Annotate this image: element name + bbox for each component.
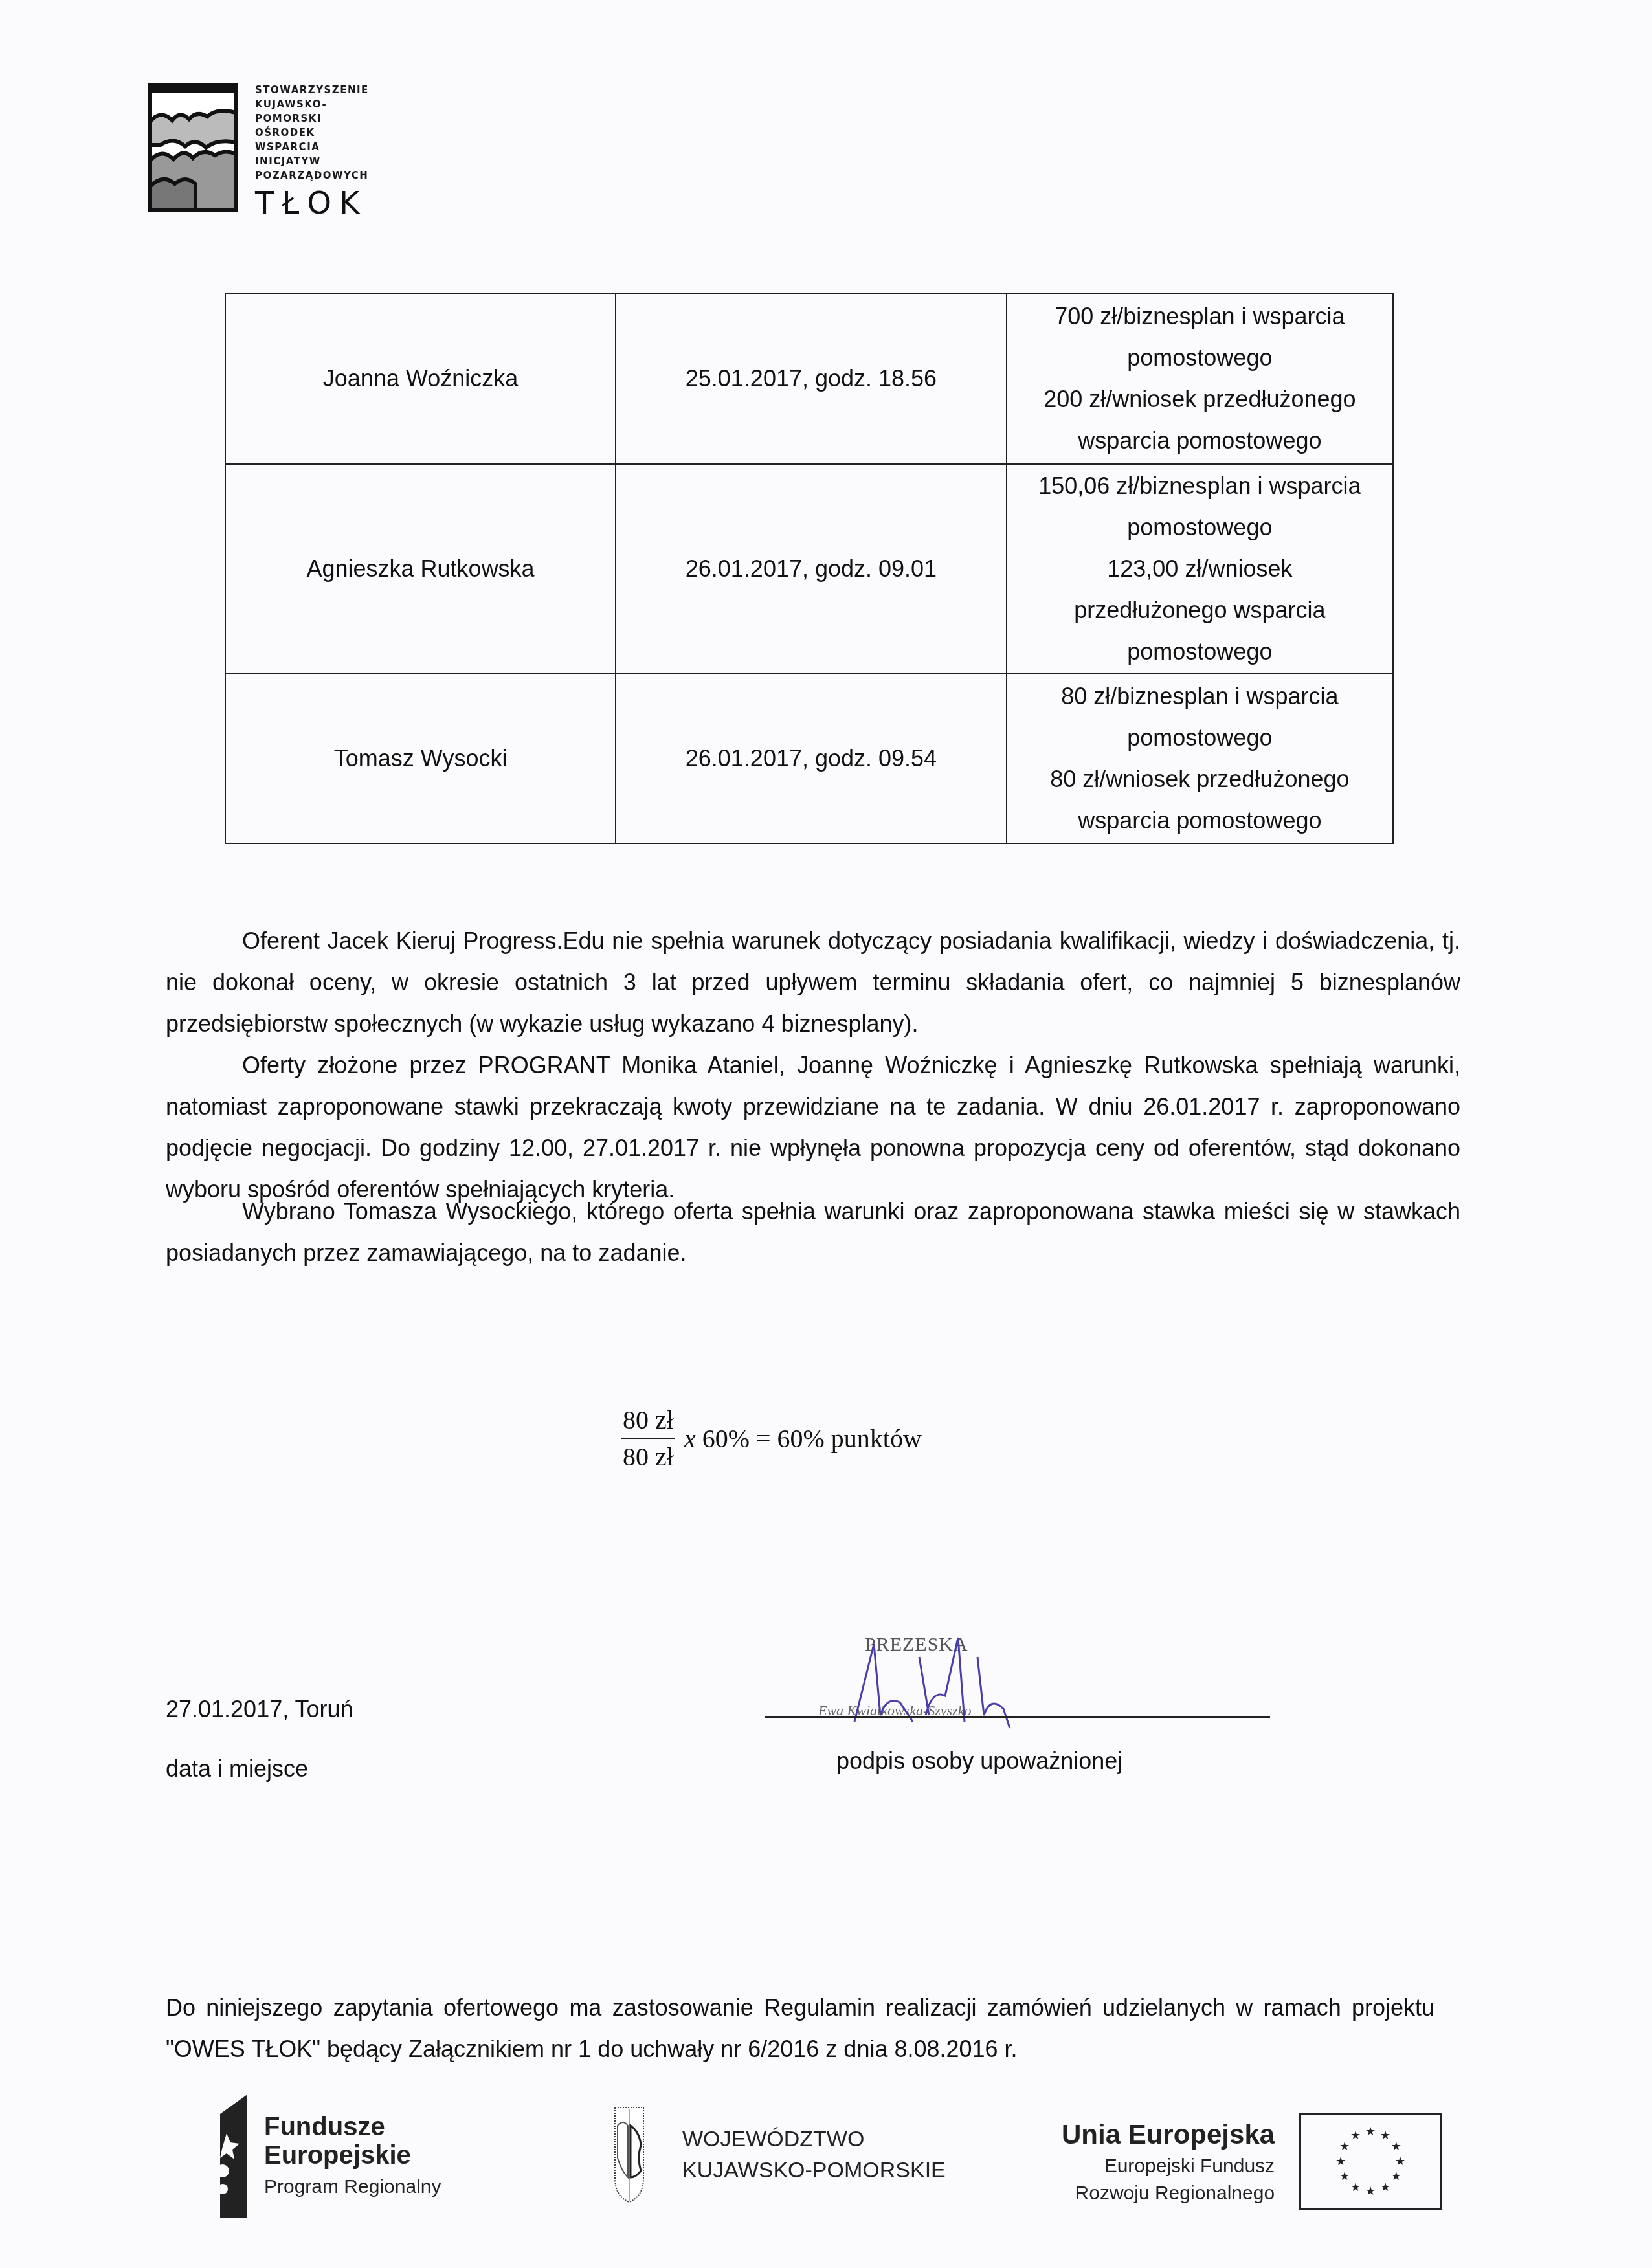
table-row: Tomasz Wysocki 26.01.2017, godz. 09.54 8…	[225, 674, 1393, 843]
regulation-note: Do niniejszego zapytania ofertowego ma z…	[166, 1987, 1434, 2070]
svg-text:★: ★	[1335, 2155, 1346, 2168]
eu-flag-icon: ★★★★★★★★★★★★	[1299, 2113, 1442, 2210]
svg-text:★: ★	[1350, 2181, 1361, 2194]
tlok-logo: STOWARZYSZENIE KUJAWSKO- POMORSKI OŚRODE…	[148, 83, 369, 221]
logo-wordmark: TŁOK	[255, 185, 369, 221]
offeror-name: Tomasz Wysocki	[225, 674, 616, 843]
table-row: Agnieszka Rutkowska 26.01.2017, godz. 09…	[225, 464, 1393, 674]
svg-text:★: ★	[1391, 2140, 1401, 2153]
fraction-numerator: 80 zł	[621, 1405, 675, 1439]
handwritten-signature-icon	[816, 1618, 1088, 1741]
offers-table: Joanna Woźniczka 25.01.2017, godz. 18.56…	[225, 293, 1394, 844]
fe-star-icon	[220, 2095, 247, 2218]
svg-text:★: ★	[1380, 2181, 1390, 2194]
fundusze-europejskie-logo: Fundusze Europejskie Program Regionalny	[220, 2095, 441, 2218]
signature-line	[765, 1716, 1270, 1718]
date-place-label: data i miejsce	[166, 1755, 308, 1783]
svg-text:★: ★	[1365, 2185, 1376, 2198]
submission-date: 26.01.2017, godz. 09.01	[616, 464, 1007, 674]
submission-date: 25.01.2017, godz. 18.56	[616, 293, 1007, 464]
offeror-name: Agnieszka Rutkowska	[225, 464, 616, 674]
svg-text:★: ★	[1339, 2140, 1350, 2153]
paragraph-disqualification: Oferent Jacek Kieruj Progress.Edu nie sp…	[166, 920, 1460, 1045]
svg-text:★: ★	[1395, 2155, 1405, 2168]
svg-text:★: ★	[1380, 2129, 1390, 2142]
score-formula: 80 zł 80 zł x 60% = 60% punktów	[621, 1405, 922, 1472]
paragraph-negotiation: Oferty złożone przez PROGRANT Monika Ata…	[166, 1045, 1460, 1210]
wojewodztwo-logo: WOJEWÓDZTWO KUJAWSKO-POMORSKIE	[614, 2106, 946, 2203]
coat-of-arms-icon	[614, 2106, 645, 2203]
fraction-denominator: 80 zł	[623, 1439, 674, 1472]
offeror-name: Joanna Woźniczka	[225, 293, 616, 464]
svg-text:★: ★	[1391, 2170, 1401, 2183]
svg-text:★: ★	[1339, 2170, 1350, 2183]
submission-date: 26.01.2017, godz. 09.54	[616, 674, 1007, 843]
offer-price: 150,06 zł/biznesplan i wsparcia pomostow…	[1007, 464, 1393, 674]
formula-result: 60% = 60% punktów	[702, 1423, 922, 1454]
tlok-building-icon	[148, 83, 238, 212]
table-row: Joanna Woźniczka 25.01.2017, godz. 18.56…	[225, 293, 1393, 464]
multiply-sign: x	[684, 1423, 696, 1454]
offer-price: 80 zł/biznesplan i wsparcia pomostowego …	[1007, 674, 1393, 843]
signature-label: podpis osoby upoważnionej	[836, 1748, 1122, 1775]
paragraph-selection: Wybrano Tomasza Wysockiego, którego ofer…	[166, 1191, 1460, 1274]
eu-logo: Unia Europejska Europejski Fundusz Rozwo…	[1062, 2104, 1442, 2210]
fraction: 80 zł 80 zł	[621, 1405, 675, 1472]
date-place: 27.01.2017, Toruń	[166, 1696, 353, 1723]
logo-org-name: STOWARZYSZENIE KUJAWSKO- POMORSKI OŚRODE…	[255, 83, 369, 183]
document-page: STOWARZYSZENIE KUJAWSKO- POMORSKI OŚRODE…	[0, 0, 1652, 2268]
offer-price: 700 zł/biznesplan i wsparcia pomostowego…	[1007, 293, 1393, 464]
svg-text:★: ★	[1350, 2129, 1361, 2142]
svg-text:★: ★	[1365, 2125, 1376, 2139]
